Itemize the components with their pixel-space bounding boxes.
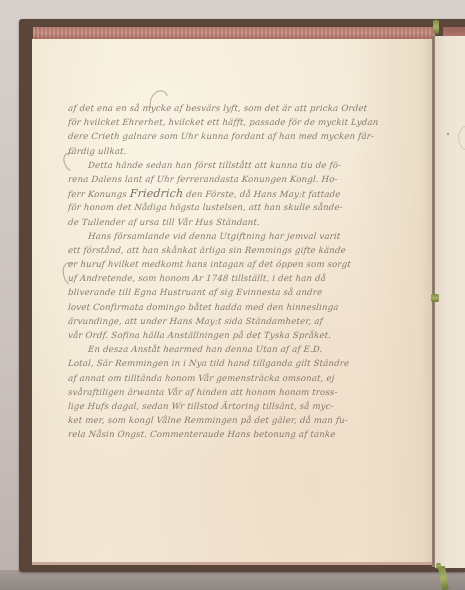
text-line: er huruf hvilket medkomt hans intagan af… <box>68 258 403 272</box>
text-line: bliverande till Egna Hustruant af sig Ev… <box>68 286 403 300</box>
text-line: för hvilcket Ehrerhet, hvilcket ett häff… <box>68 116 403 130</box>
text-line: färdig ullkat. <box>68 145 403 159</box>
name-emphasis: Friedrich <box>129 187 183 200</box>
text-line: af annat om tilltända honom Vår gemenstr… <box>68 372 403 386</box>
text-segment: den Förste, då Hans May:t fattade <box>186 190 341 200</box>
text-line: vår Ordf. Sofina hälla Anställningen på … <box>68 329 403 343</box>
text-line: ärvundinge, att under Hans May:t sida St… <box>68 315 403 329</box>
page-edge-top <box>33 27 435 39</box>
text-line: lige Hufs dagal, sedan Wr tillstod Ärtor… <box>68 400 403 414</box>
text-line: ket mer, som kongl Vålne Remmingen på de… <box>68 414 403 428</box>
text-line: lovet Confirmata domingo båtet hadda med… <box>68 301 403 315</box>
binding-thread-middle <box>431 294 439 302</box>
manuscript-text: af det ena en så mycke af besvärs lyft, … <box>68 102 402 443</box>
text-line: ett förstånd, att han skånkat ärliga sin… <box>68 244 403 258</box>
text-line: ferr Konungs Friedrich den Förste, då Ha… <box>68 187 403 201</box>
binding-thread-top <box>433 20 439 34</box>
text-line: rela Nåsin Ongst. Commenteraude Hans bet… <box>68 428 403 442</box>
text-line: Detta hände sedan han först tillstått at… <box>68 159 403 173</box>
text-line: Hans församlande vid denna Utgiftning ha… <box>68 230 403 244</box>
text-line: svåraftiligen ärwanta Vår af hinden att … <box>68 386 403 400</box>
table-surface <box>0 570 465 590</box>
text-line: En desza Anståt hearmed han denna Utan a… <box>68 343 403 357</box>
text-line: för honom det Nådiga högsta lustelsen, a… <box>68 201 403 215</box>
text-line: Lotal, Sär Remmingen in i Nya tild hand … <box>68 357 403 371</box>
text-segment: ferr Konungs <box>68 190 128 200</box>
text-line: rena Dalens lant af Uhr ferrerandasta Ko… <box>68 173 403 187</box>
page-edge-bottom <box>32 562 434 565</box>
text-line: uf Andretende, som honom Ar 1748 tillstä… <box>68 272 403 286</box>
text-line: dere Crieth galnare som Uhr kunna fordan… <box>68 130 403 144</box>
text-line: af det ena en så mycke af besvärs lyft, … <box>68 102 403 116</box>
text-line: de Tullender af ursa till Vår Hus Stända… <box>68 216 403 230</box>
right-page-mark <box>447 133 449 135</box>
right-page <box>435 36 465 568</box>
